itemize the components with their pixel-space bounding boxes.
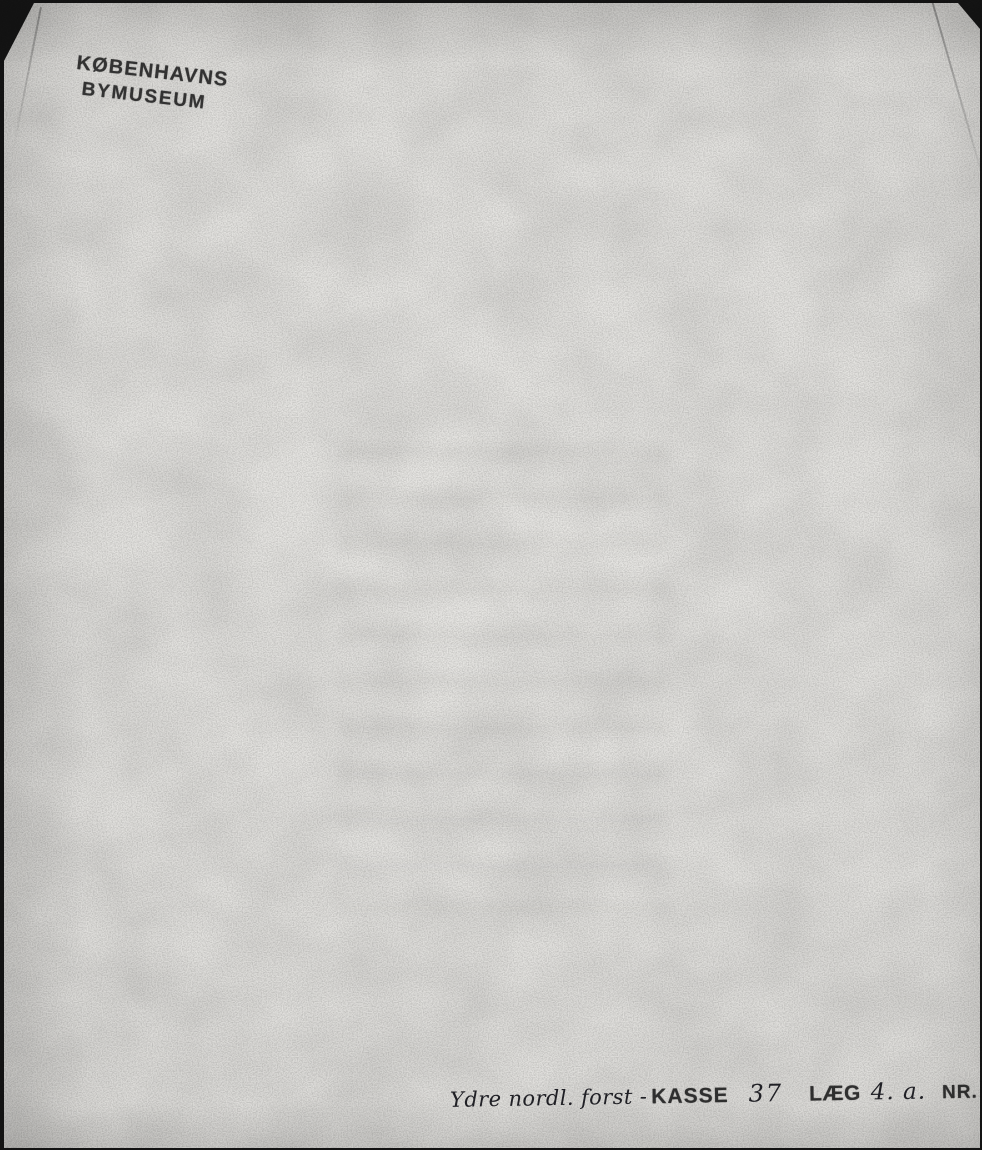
crease-mark-top-right	[930, 0, 982, 194]
crease-mark-top-left	[11, 7, 42, 155]
handwritten-laeg-number: 4. a.	[871, 1079, 927, 1106]
show-through-shading	[339, 443, 669, 913]
laeg-stamp-label: LÆG	[809, 1082, 861, 1107]
museum-stamp: KØBENHAVNS BYMUSEUM	[72, 51, 229, 118]
paper-sheet: KØBENHAVNS BYMUSEUM Ydre nordl. forst - …	[4, 3, 980, 1148]
handwritten-kasse-number: 37	[748, 1079, 783, 1108]
scanned-card-back: KØBENHAVNS BYMUSEUM Ydre nordl. forst - …	[0, 0, 982, 1150]
archive-annotation: Ydre nordl. forst - KASSE 37 LÆG 4. a. N…	[450, 1074, 982, 1114]
kasse-stamp-label: KASSE	[651, 1084, 729, 1109]
nr-stamp-label: NR.	[942, 1082, 978, 1105]
handwritten-location-note: Ydre nordl. forst -	[450, 1084, 648, 1111]
